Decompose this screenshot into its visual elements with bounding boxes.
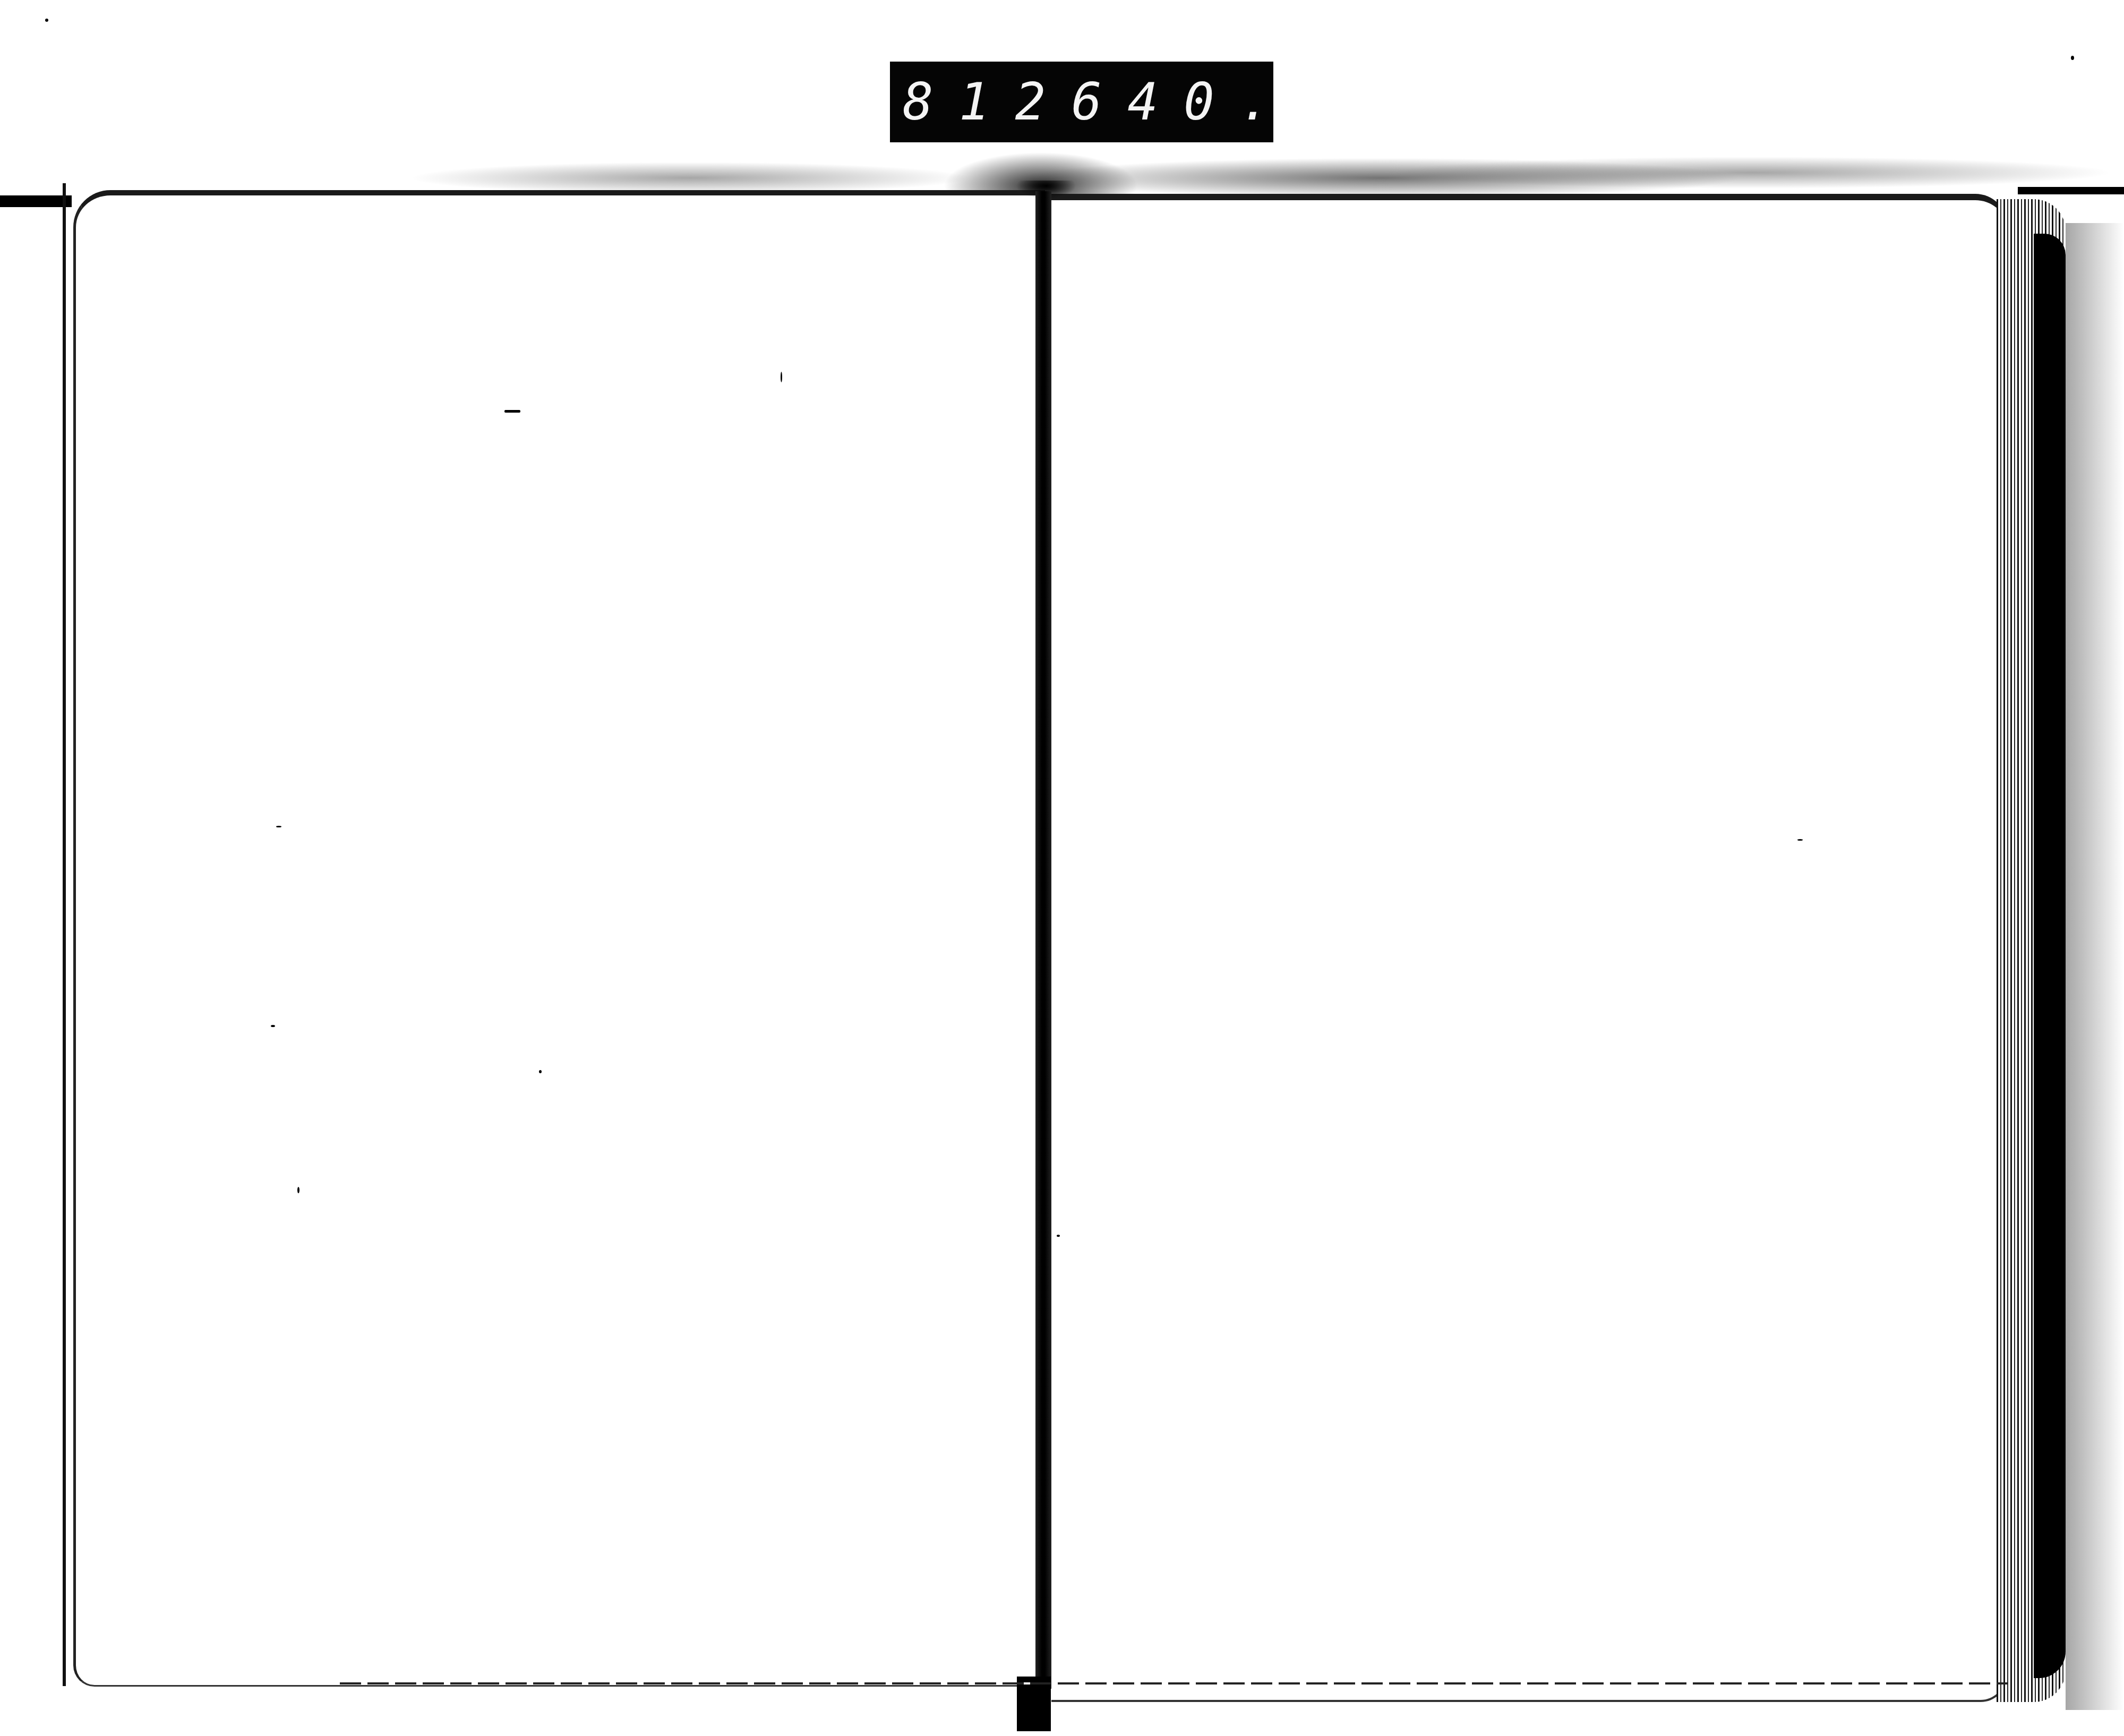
bottom-page-edge <box>340 1682 2007 1684</box>
frame-number-left: 812 <box>903 76 1071 127</box>
scan-speck <box>504 410 520 413</box>
cover-edge-left <box>63 183 66 1686</box>
frame-number-right: 640. <box>1071 76 1296 127</box>
spine-foot <box>1017 1677 1051 1731</box>
scan-speck <box>1057 1235 1060 1237</box>
cover-edge-right <box>2034 234 2066 1678</box>
film-edge-left <box>0 195 72 207</box>
scan-speck <box>1797 839 1803 841</box>
film-edge-right <box>2018 187 2124 194</box>
book-spine-gutter <box>1035 191 1051 1689</box>
right-page <box>1051 194 2007 1702</box>
scan-speck <box>539 1070 542 1073</box>
scan-speck <box>276 826 281 827</box>
left-page <box>73 190 1045 1687</box>
scan-speck <box>2071 56 2074 60</box>
scan-speck <box>781 372 782 382</box>
fore-edge-shadow <box>2066 223 2124 1710</box>
scan-speck <box>297 1187 299 1193</box>
scan-speck <box>271 1025 275 1027</box>
frame-number-label: 812 640. <box>890 62 1273 142</box>
scan-speck <box>45 19 48 22</box>
